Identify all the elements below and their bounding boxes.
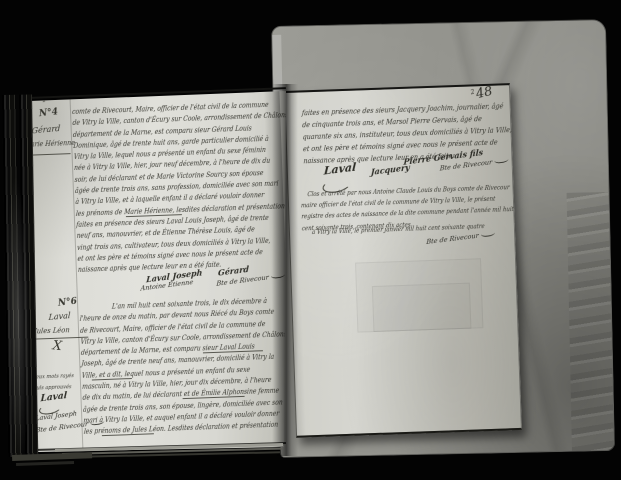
act2-number: N°6 [58, 297, 78, 309]
bleed-through-ghost [372, 283, 472, 332]
act2-margin-surname: Laval [48, 311, 70, 322]
right-page: 248 faites en présence des sieurs Jacque… [284, 83, 522, 438]
act2-margin-given-names: Jules Léon [34, 325, 70, 335]
act1-margin-surname: Gérard [31, 124, 60, 136]
left-page: 2 N°4 Gérard Marie Hérienne comte de Riv… [28, 88, 286, 454]
gutter-shadow [272, 84, 298, 456]
paper-crumple-texture [567, 192, 614, 451]
left-page-content: 2 N°4 Gérard Marie Hérienne comte de Riv… [21, 83, 292, 458]
margin-cross-mark: X [52, 338, 63, 354]
page-stack-sliver [16, 461, 74, 466]
act2-margin-notes: deux mots rayésnuls approuvés [33, 371, 79, 395]
archival-register-scan: 248 faites en présence des sieurs Jacque… [0, 0, 621, 480]
margin-signature-flourish: Laval [40, 391, 67, 404]
act1-margin-mark: 2 [43, 98, 46, 104]
book-fore-edge [2, 94, 38, 456]
act1-number: N°4 [39, 107, 59, 119]
paraph-flourish [481, 230, 495, 238]
signature-laval: Laval [323, 161, 356, 178]
closing-signature: Bte de Rivecour [426, 230, 495, 246]
paraph-flourish [494, 156, 508, 164]
margin-underline [27, 153, 71, 156]
